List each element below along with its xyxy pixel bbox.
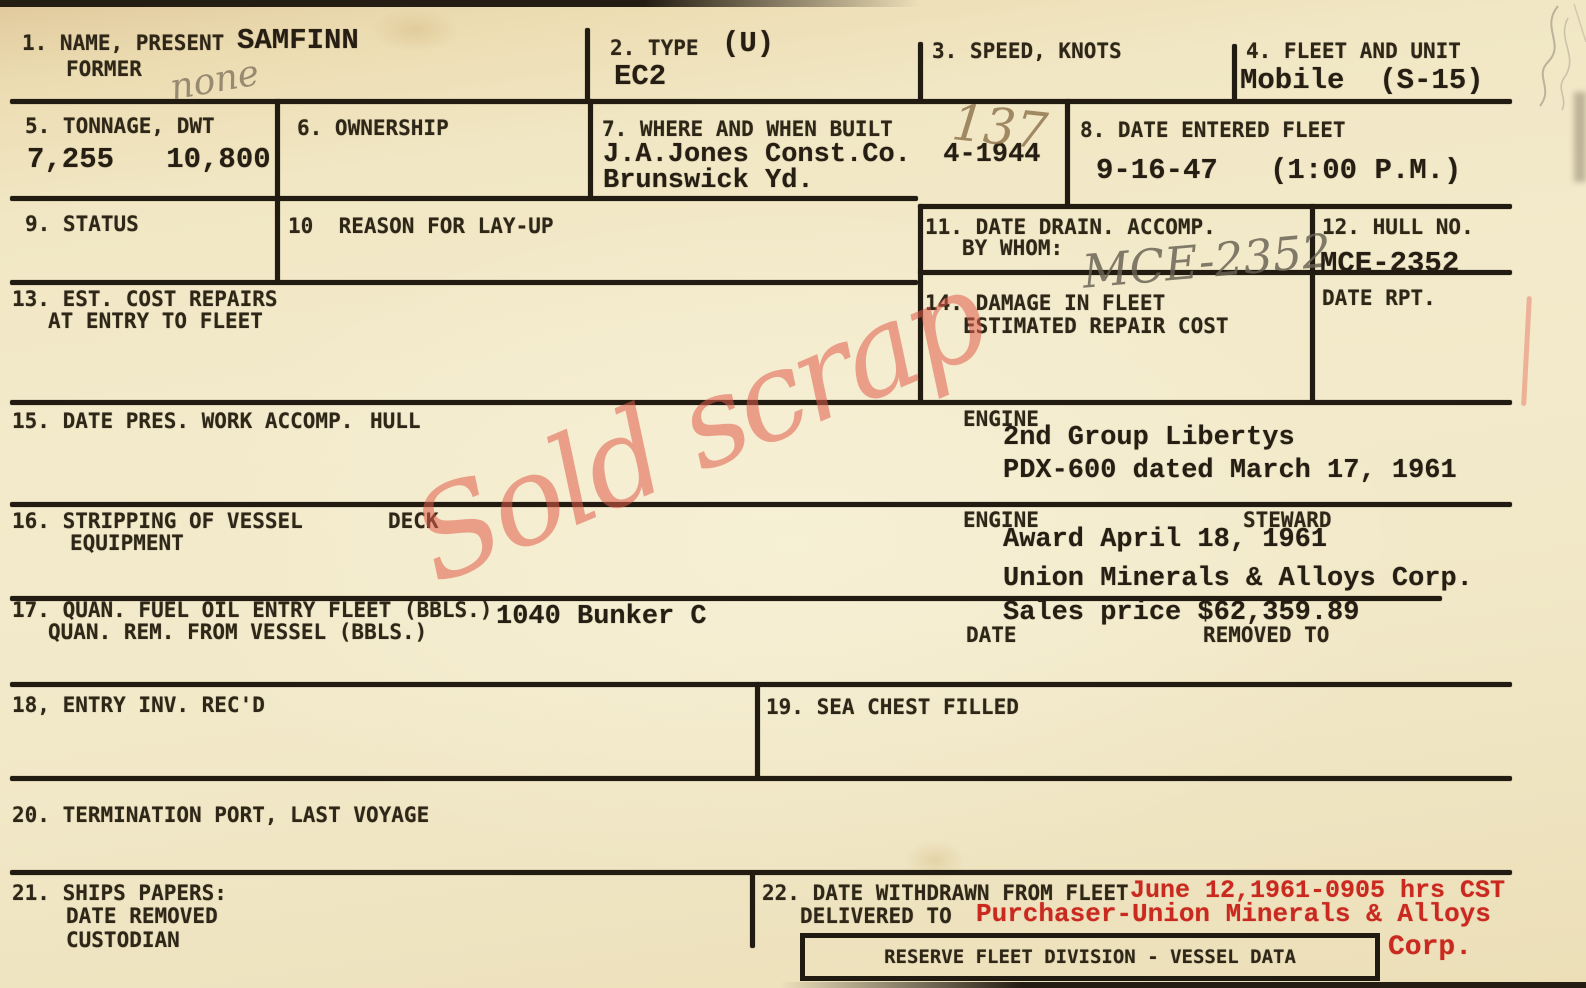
footer-title-box: RESERVE FLEET DIVISION - VESSEL DATA <box>800 933 1380 981</box>
grid-line <box>588 99 593 198</box>
field7-label: 7. WHERE AND WHEN BUILT <box>602 118 893 140</box>
field15-hull-label: HULL <box>370 410 421 432</box>
built-pencil-note: 137 <box>949 93 1050 161</box>
field3-label: 3. SPEED, KNOTS <box>932 40 1122 62</box>
field1-value-ship-name: SAMFINN <box>237 26 359 56</box>
field10-label: 10 REASON FOR LAY-UP <box>288 215 554 237</box>
grid-line <box>10 870 1512 875</box>
field16-label: 16. STRIPPING OF VESSEL <box>12 510 303 532</box>
purchaser-value: Union Minerals & Alloys Corp. <box>1003 565 1473 593</box>
grid-line <box>10 99 1512 104</box>
vessel-data-card: 1. NAME, PRESENT SAMFINN FORMER none 2. … <box>0 0 1586 988</box>
delivered-to-stamp: Purchaser-Union Minerals & Alloys <box>976 899 1491 929</box>
scan-edge-bottom <box>780 982 1586 988</box>
red-crayon-stray-mark <box>1521 296 1532 406</box>
removed-to-label: REMOVED TO <box>1203 624 1329 646</box>
grid-line <box>10 196 918 201</box>
field11-label: 11. DATE DRAIN. ACCOMP. <box>925 216 1216 238</box>
field4-label: 4. FLEET AND UNIT <box>1246 40 1461 62</box>
scan-edge-top <box>0 0 920 7</box>
field1-former-label: FORMER <box>66 58 142 80</box>
field13-label: 13. EST. COST REPAIRS <box>12 288 278 310</box>
field2-value: EC2 <box>614 62 666 92</box>
field11-bywhom-label: BY WHOM: <box>962 237 1063 259</box>
field9-label: 9. STATUS <box>25 213 139 235</box>
field8-value: 9-16-47 (1:00 P.M.) <box>1096 156 1461 186</box>
field21-label: 21. SHIPS PAPERS: <box>12 882 227 904</box>
field20-label: 20. TERMINATION PORT, LAST VOYAGE <box>12 804 429 826</box>
field19-label: 19. SEA CHEST FILLED <box>766 696 1019 718</box>
field7-value-line2: Brunswick Yd. <box>603 167 814 195</box>
date-label: DATE <box>966 624 1017 646</box>
grid-line <box>918 42 923 101</box>
field21-label-line3: CUSTODIAN <box>66 929 180 951</box>
grid-line <box>275 198 280 282</box>
field1-label: 1. NAME, PRESENT <box>22 32 224 54</box>
field6-label: 6. OWNERSHIP <box>297 117 449 139</box>
grid-line <box>750 872 755 948</box>
grid-line <box>918 204 1512 209</box>
grid-line <box>10 280 918 285</box>
grid-line <box>1310 270 1315 404</box>
grid-line <box>10 682 1512 687</box>
engine-survey-line2: PDX-600 dated March 17, 1961 <box>1003 457 1457 485</box>
field17-label-line2: QUAN. REM. FROM VESSEL (BBLS.) <box>48 621 427 643</box>
grid-line <box>1065 99 1070 206</box>
grid-line <box>585 28 590 101</box>
date-rpt-label: DATE RPT. <box>1322 287 1436 309</box>
paper-stain <box>370 8 460 52</box>
scan-edge-right-smudge <box>1574 92 1586 182</box>
field17-label: 17. QUAN. FUEL OIL ENTRY FLEET (BBLS.) <box>12 599 492 621</box>
footer-title: RESERVE FLEET DIVISION - VESSEL DATA <box>884 946 1296 968</box>
field5-label: 5. TONNAGE, DWT <box>25 115 215 137</box>
delivered-to-label: DELIVERED TO <box>800 905 952 927</box>
field2-label: 2. TYPE <box>610 37 699 59</box>
field18-label: 18, ENTRY INV. REC'D <box>12 694 265 716</box>
field12-label: 12. HULL NO. <box>1322 216 1474 238</box>
grid-line <box>10 502 1512 507</box>
fuel-oil-value: 1040 Bunker C <box>496 603 707 631</box>
field13-label-line2: AT ENTRY TO FLEET <box>48 310 263 332</box>
field8-label: 8. DATE ENTERED FLEET <box>1080 119 1346 141</box>
sold-scrap-crayon-note: Sold scrap <box>392 245 1003 611</box>
field14-label-line2: ESTIMATED REPAIR COST <box>963 315 1229 337</box>
grid-line <box>755 682 760 780</box>
field2-note: (U) <box>722 29 774 59</box>
field12-value-hull-no: MCE-2352 <box>1320 249 1459 279</box>
field4-value: Mobile (S-15) <box>1240 66 1484 96</box>
field5-value: 7,255 10,800 <box>27 145 271 175</box>
grid-line <box>1232 44 1237 101</box>
field15-label: 15. DATE PRES. WORK ACCOMP. <box>12 410 353 432</box>
award-value: Award April 18, 1961 <box>1003 526 1327 554</box>
grid-line <box>275 99 280 198</box>
grid-line <box>10 776 1512 781</box>
field21-label-line2: DATE REMOVED <box>66 905 218 927</box>
engine-survey-line1: 2nd Group Libertys <box>1003 424 1295 452</box>
field16-label-line2: EQUIPMENT <box>70 532 184 554</box>
delivered-to-stamp-corp: Corp. <box>1388 932 1472 963</box>
